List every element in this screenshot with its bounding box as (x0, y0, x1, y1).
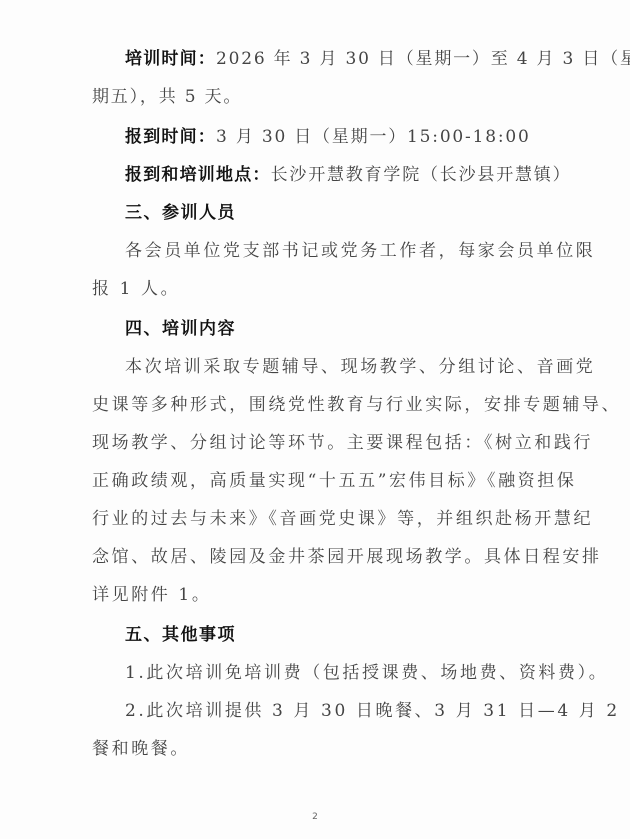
section-4-text-line-5: 行业的过去与未来》《音画党史课》等，并组织赴杨开慧纪 (92, 500, 537, 538)
document-body: 培训时间：2026 年 3 月 30 日（星期一）至 4 月 3 日（星 期五）… (92, 40, 537, 768)
registration-time-line: 报到时间：3 月 30 日（星期一）15:00-18:00 (92, 118, 537, 156)
training-time-label: 培训时间： (125, 49, 216, 69)
training-time-value-cont: 期五），共 5 天。 (92, 87, 242, 107)
location-value: 长沙开慧教育学院（长沙县开慧镇） (271, 165, 572, 185)
registration-time-value: 3 月 30 日（星期一）15:00-18:00 (216, 127, 531, 147)
section-5-heading: 五、其他事项 (92, 616, 537, 654)
section-3-text-line-1: 各会员单位党支部书记或党务工作者，每家会员单位限 (92, 232, 537, 270)
document-page: 培训时间：2026 年 3 月 30 日（星期一）至 4 月 3 日（星 期五）… (0, 0, 630, 839)
section-5-item-2-line-1: 2.此次培训提供 3 月 30 日晚餐、3 月 31 日—4 月 2 日中 (92, 692, 537, 730)
location-line: 报到和培训地点：长沙开慧教育学院（长沙县开慧镇） (92, 156, 537, 194)
section-4-text-line-2: 史课等多种形式，围绕党性教育与行业实际，安排专题辅导、 (92, 386, 537, 424)
page-number: 2 (0, 812, 630, 822)
section-5-item-1: 1.此次培训免培训费（包括授课费、场地费、资料费）。 (92, 654, 537, 692)
location-label: 报到和培训地点： (125, 165, 271, 185)
section-4-heading: 四、培训内容 (92, 310, 537, 348)
section-4-text-line-3: 现场教学、分组讨论等环节。主要课程包括：《树立和践行 (92, 424, 537, 462)
section-4-text-line-4: 正确政绩观，高质量实现“十五五”宏伟目标》《融资担保 (92, 462, 537, 500)
training-time-line-2: 期五），共 5 天。 (92, 78, 537, 116)
training-time-line-1: 培训时间：2026 年 3 月 30 日（星期一）至 4 月 3 日（星 (92, 40, 537, 78)
section-3-text-line-2: 报 1 人。 (92, 270, 537, 308)
section-4-text-line-6: 念馆、故居、陵园及金井茶园开展现场教学。具体日程安排 (92, 538, 537, 576)
section-4-text-line-7: 详见附件 1。 (92, 576, 537, 614)
section-4-text-line-1: 本次培训采取专题辅导、现场教学、分组讨论、音画党 (92, 348, 537, 386)
section-5-item-2-line-2: 餐和晚餐。 (92, 730, 537, 768)
training-time-value: 2026 年 3 月 30 日（星期一）至 4 月 3 日（星 (216, 49, 630, 69)
section-3-heading: 三、参训人员 (92, 194, 537, 232)
registration-time-label: 报到时间： (125, 127, 216, 147)
